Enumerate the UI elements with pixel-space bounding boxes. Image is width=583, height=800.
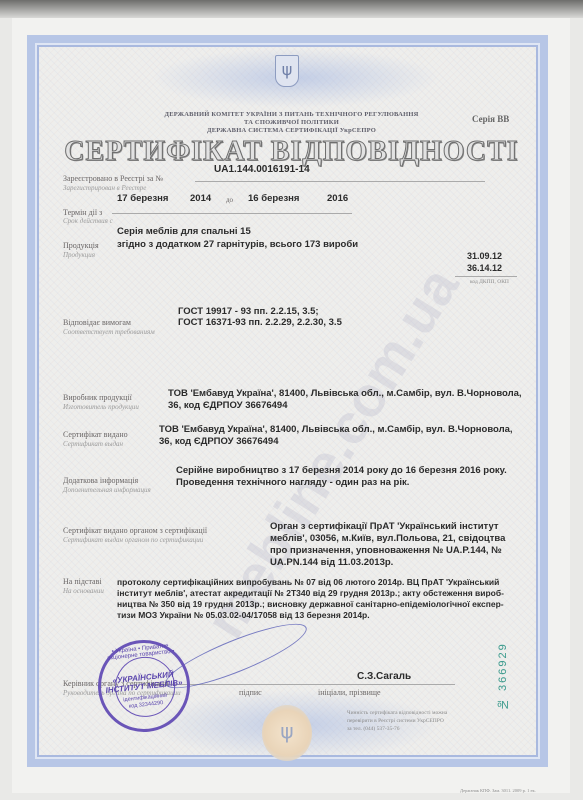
registered-label-ru: Зарегистрирован в Реестре bbox=[63, 184, 146, 192]
product-code-1: 31.09.12 bbox=[467, 250, 502, 262]
product-label-ru: Продукция bbox=[63, 251, 95, 259]
validity-label: Термін дії з bbox=[63, 208, 102, 217]
additional-info-label: Додаткова інформація bbox=[63, 476, 138, 485]
product-line-2: згідно з додатком 27 гарнітурів, всього … bbox=[117, 239, 358, 251]
verification-note-line-2: перевірити в Реєстрі системи УкрСЕПРО bbox=[347, 718, 444, 724]
certificate-number: UA1.144.0016191-14 bbox=[214, 164, 310, 175]
issued-to-label: Сертифікат видано bbox=[63, 430, 128, 439]
requirements-label: Відповідає вимогам bbox=[63, 318, 131, 327]
valid-to-date: 16 березня bbox=[248, 193, 299, 205]
scan-edge-shadow bbox=[0, 0, 583, 18]
issued-to-line-1: ТОВ 'Ембавуд Україна', 81400, Львівська … bbox=[159, 424, 513, 436]
registered-label: Зареєстровано в Реєстрі за № bbox=[63, 174, 163, 183]
issuing-body-line-3: про призначення, уповноваження № UA.P.14… bbox=[270, 545, 502, 557]
issued-to-line-2: 36, код ЄДРПОУ 36676494 bbox=[159, 436, 278, 448]
basis-line-4: тизи МОЗ України № 05.03.02-04/17058 від… bbox=[117, 609, 370, 621]
manufacturer-label: Виробник продукції bbox=[63, 393, 132, 402]
basis-label: На підставі bbox=[63, 577, 102, 586]
manufacturer-line-2: 36, код ЄДРПОУ 36676494 bbox=[168, 400, 287, 412]
product-code-2: 36.14.12 bbox=[467, 262, 502, 274]
verification-note-line-1: Чинність сертифіката відповідності можна bbox=[347, 710, 447, 716]
basis-label-ru: На основании bbox=[63, 587, 104, 595]
name-caption: ініціали, прізвище bbox=[318, 688, 381, 697]
authority-line-3: ДЕРЖАВНА СИСТЕМА СЕРТИФІКАЦІЇ УкрСЕПРО bbox=[0, 127, 583, 134]
ukraine-trident-icon: ψ bbox=[275, 55, 299, 87]
validity-rule bbox=[112, 213, 352, 214]
head-name: С.З.Сагаль bbox=[357, 671, 411, 683]
registered-rule bbox=[195, 181, 485, 182]
code-caption: код ДКПП, ОКП bbox=[470, 279, 509, 285]
state-emblem-icon: ψ bbox=[262, 705, 312, 761]
additional-info-line-2: Проведення технічного нагляду - один раз… bbox=[176, 477, 409, 489]
valid-from-date: 17 березня bbox=[117, 193, 168, 205]
issuing-body-line-1: Орган з сертифікації ПрАТ 'Український і… bbox=[270, 521, 499, 533]
manufacturer-line-1: ТОВ 'Ембавуд Україна', 81400, Львівська … bbox=[168, 388, 522, 400]
valid-to-word: до bbox=[226, 196, 233, 204]
issuing-body-label-ru: Сертификат выдан органом по сертификации bbox=[63, 536, 203, 544]
issuing-body-label: Сертифікат видано органом з сертифікації bbox=[63, 526, 207, 535]
requirements-label-ru: Соответствует требованиям bbox=[63, 328, 155, 336]
additional-info-label-ru: Дополнительная информация bbox=[63, 486, 151, 494]
requirements-line-2: ГОСТ 16371-93 пп. 2.2.29, 2.2.30, 3.5 bbox=[178, 317, 342, 329]
series-label: Серія ВВ bbox=[472, 114, 509, 124]
issuing-body-line-4: UA.PN.144 від 11.03.2013р. bbox=[270, 557, 393, 569]
validity-label-ru: Срок действия с bbox=[63, 217, 113, 225]
code-rule bbox=[455, 276, 517, 277]
verification-note-line-3: за тел. (044) 537-35-76 bbox=[347, 726, 400, 732]
serial-number: № 366929 bbox=[497, 600, 515, 710]
issuing-body-line-2: меблів', 03056, м.Київ, вул.Польова, 21,… bbox=[270, 533, 505, 545]
signature-caption: підпис bbox=[239, 688, 262, 697]
valid-to-year: 2016 bbox=[327, 193, 348, 205]
product-label: Продукція bbox=[63, 241, 99, 250]
product-line-1: Серія меблів для спальні 15 bbox=[117, 226, 251, 238]
issued-to-label-ru: Сертификат выдан bbox=[63, 440, 123, 448]
additional-info-line-1: Серійне виробництво з 17 березня 2014 ро… bbox=[176, 465, 507, 477]
printer-imprint: Держзнак КПФ. Зам. 3011. 2009 р. 1 ек. bbox=[460, 788, 536, 793]
manufacturer-label-ru: Изготовитель продукции bbox=[63, 403, 139, 411]
valid-from-year: 2014 bbox=[190, 193, 211, 205]
